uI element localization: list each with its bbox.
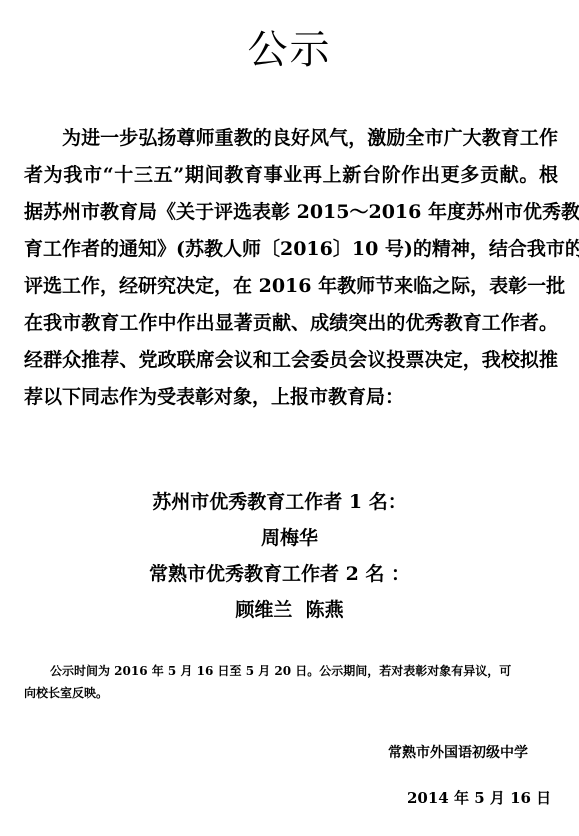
body-line: 评选工作，经研究决定，在 2016 年教师节来临之际，表彰一批: [24, 268, 558, 305]
award-list: 苏州市优秀教育工作者 1 名： 周梅华 常熟市优秀教育工作者 2 名 ： 顾维兰…: [0, 484, 579, 628]
notice-line: 向校长室反映。: [24, 682, 558, 704]
body-line: 者为我市“十三五”期间教育事业再上新台阶作出更多贡献。根: [24, 157, 558, 194]
notice-line: 公示时间为 2016 年 5 月 16 日至 5 月 20 日。公示期间，若对表…: [24, 660, 558, 682]
signature: 常熟市外国语初级中学: [388, 742, 528, 762]
award-names: 周梅华: [0, 520, 579, 556]
award-category: 常熟市优秀教育工作者 2 名 ：: [0, 556, 579, 592]
body-line: 经群众推荐、党政联席会议和工会委员会议投票决定，我校拟推: [24, 342, 558, 379]
body-paragraph: 为进一步弘扬尊师重教的良好风气，激励全市广大教育工作 者为我市“十三五”期间教育…: [24, 120, 558, 416]
body-line: 为进一步弘扬尊师重教的良好风气，激励全市广大教育工作: [24, 120, 558, 157]
document-title: 公示: [0, 18, 579, 75]
award-names: 顾维兰 陈燕: [0, 592, 579, 628]
body-line: 据苏州市教育局《关于评选表彰 2015～2016 年度苏州市优秀教: [24, 194, 558, 231]
body-line: 荐以下同志作为受表彰对象，上报市教育局：: [24, 379, 558, 416]
publicity-notice: 公示时间为 2016 年 5 月 16 日至 5 月 20 日。公示期间，若对表…: [24, 660, 558, 704]
signature-date: 2014 年 5 月 16 日: [407, 787, 551, 808]
award-category: 苏州市优秀教育工作者 1 名：: [0, 484, 579, 520]
body-line: 在我市教育工作中作出显著贡献、成绩突出的优秀教育工作者。: [24, 305, 558, 342]
body-line: 育工作者的通知》(苏教人师〔2016〕10 号)的精神，结合我市的: [24, 231, 558, 268]
